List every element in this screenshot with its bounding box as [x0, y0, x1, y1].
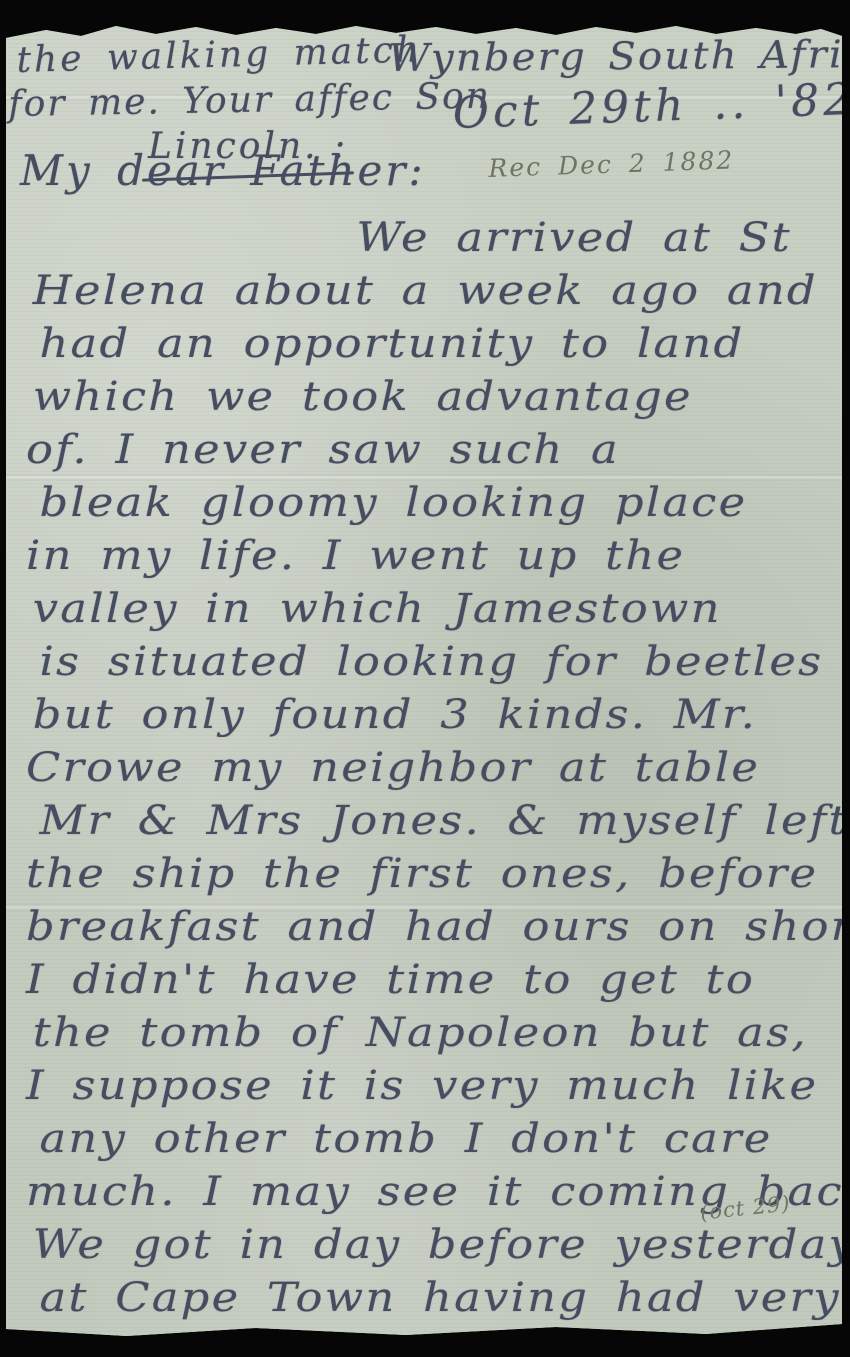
body-line: but only found 3 kinds. Mr.	[33, 689, 850, 742]
closing-cross-writing-line-2: for me. Your affec Son	[8, 76, 491, 125]
body-line: at Cape Town having had very stiff	[39, 1272, 850, 1325]
body-line: breakfast and had ours on shore.	[26, 901, 850, 954]
body-line: of. I never saw such a	[26, 424, 850, 477]
body-line: is situated looking for beetles	[39, 636, 850, 689]
body-line: Crowe my neighbor at table	[26, 742, 850, 795]
letter-scan: the walking match for me. Your affec Son…	[0, 0, 850, 1357]
body-line: had an opportunity to land	[39, 318, 850, 371]
body-line: in my life. I went up the	[26, 530, 850, 583]
body-line: We got in day before yesterday	[33, 1219, 850, 1272]
body-line: I didn't have time to get to	[26, 954, 850, 1007]
letter-body: We arrived at St Helena about a week ago…	[26, 212, 850, 1325]
body-line: the ship the first ones, before	[26, 848, 850, 901]
body-line: any other tomb I don't care	[39, 1113, 850, 1166]
salutation: My dear Father:	[20, 146, 426, 195]
body-line: valley in which Jamestown	[33, 583, 850, 636]
letter-paper: the walking match for me. Your affec Son…	[6, 22, 842, 1344]
body-line: which we took advantage	[33, 371, 850, 424]
body-line: the tomb of Napoleon but as,	[33, 1007, 850, 1060]
heading-place-line: Wynberg South Africa	[388, 32, 850, 80]
heading-date-line: Oct 29th .. '82	[452, 74, 850, 139]
body-line: Mr & Mrs Jones. & myself left	[39, 795, 850, 848]
body-line: bleak gloomy looking place	[39, 477, 850, 530]
body-line: Helena about a week ago and	[33, 265, 850, 318]
closing-cross-writing-line-1: the walking match	[16, 29, 423, 81]
body-line: I suppose it is very much like	[26, 1060, 850, 1113]
received-date-note: Rec Dec 2 1882	[488, 145, 735, 183]
body-line: We arrived at St	[356, 212, 850, 265]
